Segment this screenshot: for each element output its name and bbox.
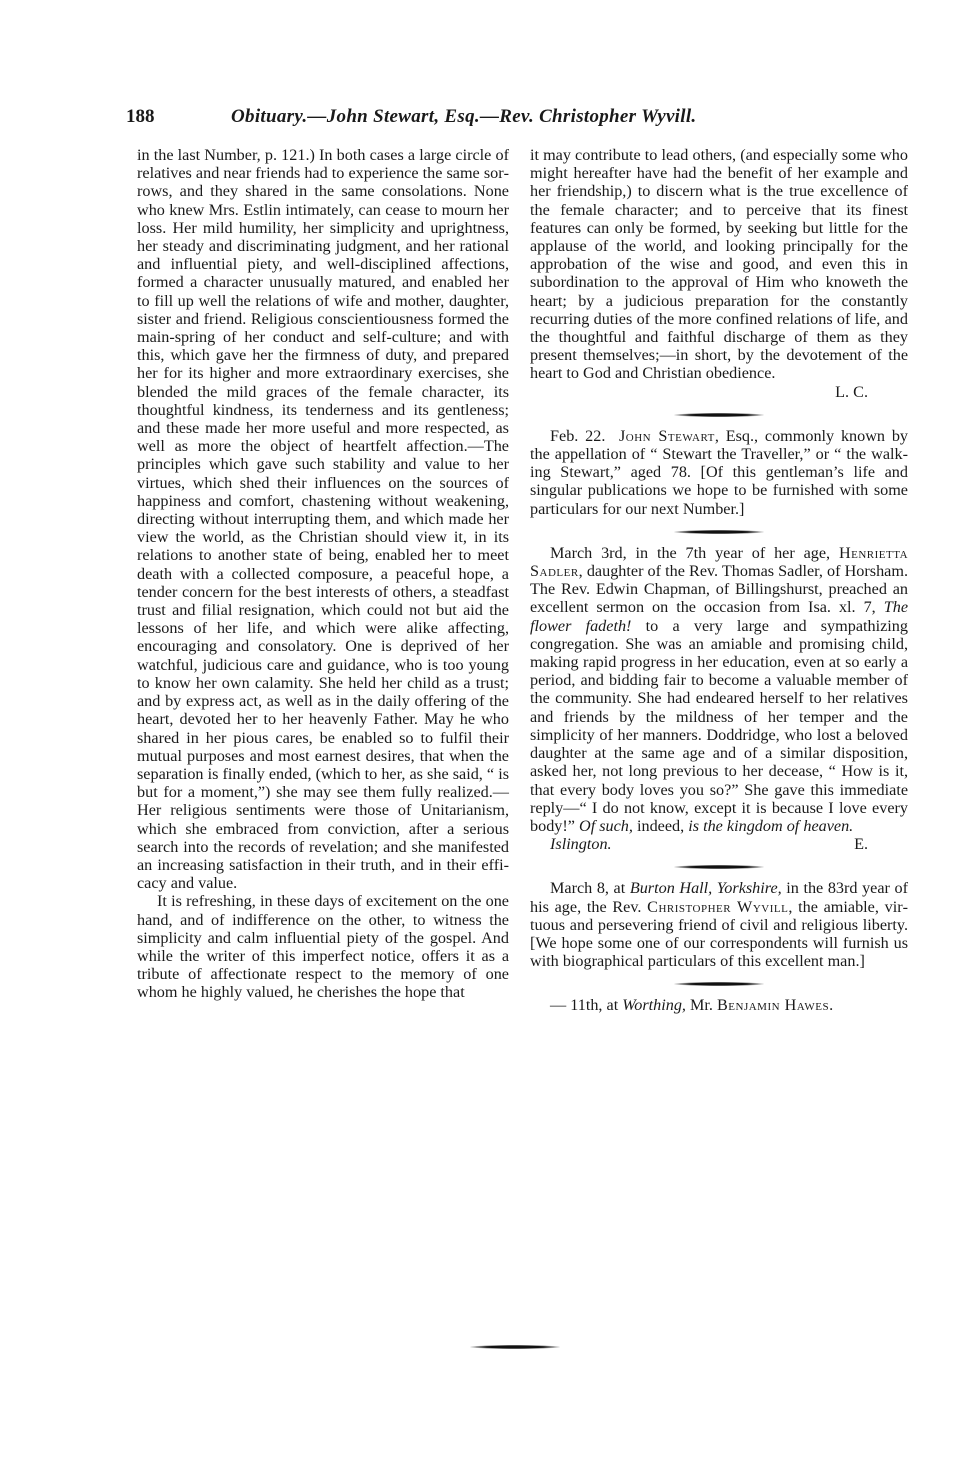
section-divider-rule	[674, 530, 764, 534]
sadler-of-such: Of such,	[579, 817, 633, 835]
running-title: Obituary.—John Stewart, Esq.—Rev. Christ…	[231, 106, 696, 128]
sadler-place: Islington.	[550, 835, 612, 853]
wyvill-obituary: March 8, at Burton Hall, Yorkshire, in t…	[530, 879, 908, 970]
section-divider-rule	[674, 865, 764, 869]
section-divider-rule	[674, 982, 764, 986]
right-column: it may contribute to lead others, (and e…	[530, 146, 908, 1015]
hawes-lead: — 11th, at	[550, 996, 622, 1014]
sadler-indeed: indeed,	[633, 817, 688, 835]
hawes-name: Benjamin Hawes	[717, 996, 829, 1014]
sadler-text: , daughter of the Rev. Thomas Sadler, of…	[530, 562, 908, 616]
sadler-signoff: Islington. E.	[530, 835, 908, 853]
hawes-title: Mr.	[686, 996, 717, 1014]
sadler-kingdom: is the kingdom of heaven.	[688, 817, 853, 835]
section-divider-rule	[674, 413, 764, 417]
hawes-end: .	[829, 996, 833, 1014]
sadler-lead: March 3rd, in the 7th year of her age,	[550, 544, 830, 562]
hawes-location: Worthing,	[622, 996, 686, 1014]
estlin-continuation: it may contribute to lead others, (and e…	[530, 146, 908, 383]
sadler-signature: E.	[854, 835, 868, 853]
estlin-signature: L. C.	[530, 383, 908, 401]
hawes-obituary: — 11th, at Worthing, Mr. Benjamin Hawes.	[530, 996, 908, 1014]
page-number: 188	[126, 106, 155, 128]
left-column: in the last Number, p. 121.) In both cas…	[137, 146, 509, 1002]
estlin-closing-paragraph: It is refreshing, in these days of excit…	[137, 892, 509, 1001]
stewart-date: Feb. 22.	[550, 427, 605, 445]
wyvill-lead: March 8, at	[550, 879, 630, 897]
stewart-obituary: Feb. 22. John Stewart, Esq., com­monly k…	[530, 427, 908, 518]
sadler-obituary: March 3rd, in the 7th year of her age, H…	[530, 544, 908, 835]
page-end-rule	[470, 1345, 560, 1349]
estlin-obituary-paragraph: in the last Number, p. 121.) In both cas…	[137, 146, 509, 892]
running-head: 188 Obituary.—John Stewart, Esq.—Rev. Ch…	[126, 104, 836, 134]
stewart-name: John Stewart	[619, 427, 715, 445]
page: 188 Obituary.—John Stewart, Esq.—Rev. Ch…	[0, 0, 975, 1460]
wyvill-name: Christopher Wyvill	[647, 898, 788, 916]
sadler-text-continued: to a very large and sympathizing congreg…	[530, 617, 908, 835]
wyvill-location: Burton Hall, Yorkshire,	[630, 879, 782, 897]
